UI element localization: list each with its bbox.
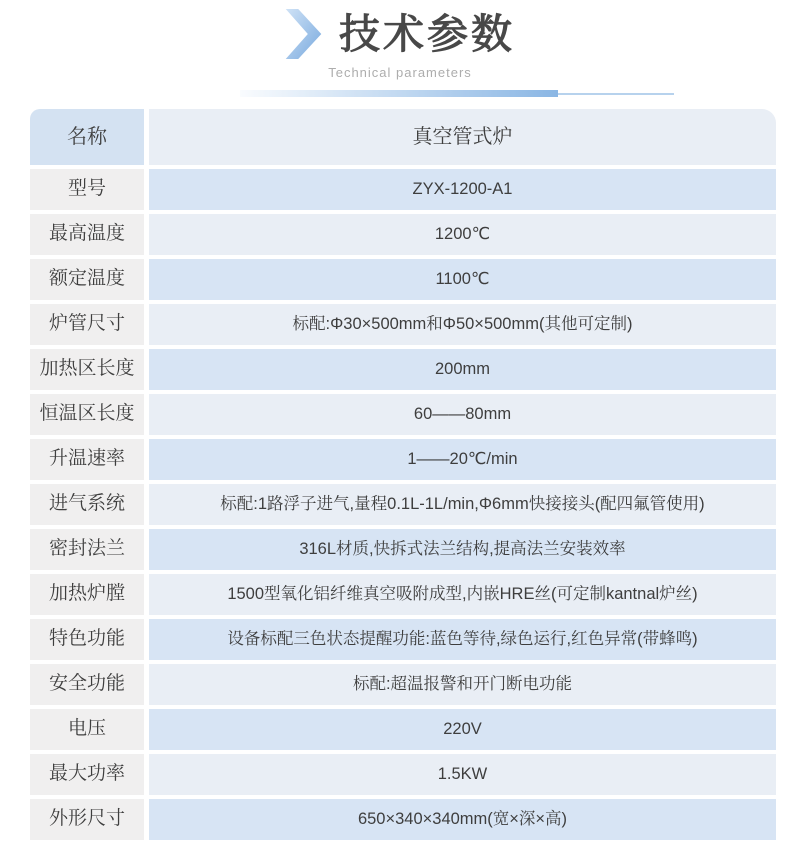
spec-label: 安全功能 bbox=[30, 664, 144, 705]
spec-label: 升温速率 bbox=[30, 439, 144, 480]
spec-value: ZYX-1200-A1 bbox=[149, 169, 776, 210]
title-row: 技术参数 bbox=[0, 6, 800, 62]
spec-value: 200mm bbox=[149, 349, 776, 390]
spec-value: 1.5KW bbox=[149, 754, 776, 795]
spec-label: 加热区长度 bbox=[30, 349, 144, 390]
spec-label: 外形尺寸 bbox=[30, 799, 144, 840]
spec-label: 特色功能 bbox=[30, 619, 144, 660]
accent-gradient-bar bbox=[240, 90, 558, 97]
spec-label: 进气系统 bbox=[30, 484, 144, 525]
spec-label: 最大功率 bbox=[30, 754, 144, 795]
spec-label: 加热炉膛 bbox=[30, 574, 144, 615]
spec-value: 真空管式炉 bbox=[149, 109, 776, 165]
section-title-header: 技术参数 Technical parameters bbox=[0, 0, 800, 80]
spec-label: 密封法兰 bbox=[30, 529, 144, 570]
spec-label: 电压 bbox=[30, 709, 144, 750]
spec-value: 1500型氧化铝纤维真空吸附成型,内嵌HRE丝(可定制kantnal炉丝) bbox=[149, 574, 776, 615]
spec-value: 1100℃ bbox=[149, 259, 776, 300]
spec-table: 名称真空管式炉型号ZYX-1200-A1最高温度1200℃额定温度1100℃炉管… bbox=[30, 109, 776, 840]
accent-underline bbox=[558, 93, 674, 95]
spec-label: 恒温区长度 bbox=[30, 394, 144, 435]
spec-label: 额定温度 bbox=[30, 259, 144, 300]
accent-divider bbox=[0, 90, 800, 97]
page-title: 技术参数 bbox=[339, 14, 515, 55]
spec-label: 名称 bbox=[30, 109, 144, 165]
page-subtitle: Technical parameters bbox=[0, 65, 800, 80]
spec-value: 标配:1路浮子进气,量程0.1L-1L/min,Φ6mm快接接头(配四氟管使用) bbox=[149, 484, 776, 525]
spec-value: 650×340×340mm(宽×深×高) bbox=[149, 799, 776, 840]
page: 技术参数 Technical parameters 名称真空管式炉型号ZYX-1… bbox=[0, 0, 800, 840]
chevron-right-icon bbox=[285, 9, 323, 59]
spec-value: 316L材质,快拆式法兰结构,提高法兰安装效率 bbox=[149, 529, 776, 570]
spec-label: 型号 bbox=[30, 169, 144, 210]
spec-label: 最高温度 bbox=[30, 214, 144, 255]
spec-value: 1200℃ bbox=[149, 214, 776, 255]
spec-value: 60——80mm bbox=[149, 394, 776, 435]
spec-value: 1——20℃/min bbox=[149, 439, 776, 480]
spec-value: 设备标配三色状态提醒功能:蓝色等待,绿色运行,红色异常(带蜂鸣) bbox=[149, 619, 776, 660]
spec-value: 220V bbox=[149, 709, 776, 750]
spec-label: 炉管尺寸 bbox=[30, 304, 144, 345]
spec-value: 标配:超温报警和开门断电功能 bbox=[149, 664, 776, 705]
spec-value: 标配:Φ30×500mm和Φ50×500mm(其他可定制) bbox=[149, 304, 776, 345]
